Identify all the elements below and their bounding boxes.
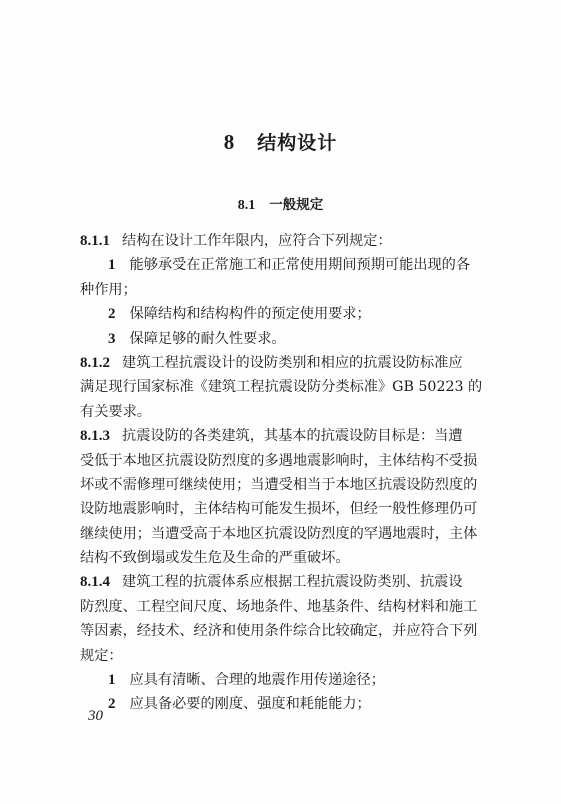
clause-8-1-3: 8.1.3抗震设防的各类建筑，其基本的抗震设防目标是：当遭	[80, 424, 478, 448]
section-number: 8.1	[238, 198, 256, 213]
clause-text-continued: 坏或不需修理可继续使用；当遭受相当于本地区抗震设防烈度的	[80, 473, 478, 497]
clause-text: 结构在设计工作年限内，应符合下列规定：	[122, 233, 392, 249]
item-text-continued: 种作用；	[80, 278, 478, 302]
chapter-title-text: 结构设计	[257, 132, 337, 154]
section-title: 8.1一般规定	[0, 193, 561, 214]
clause-text-continued: 等因素，经技术、经济和使用条件综合比较确定，并应符合下列	[80, 619, 478, 643]
item-text: 保障足够的耐久性要求。	[130, 331, 286, 347]
clause-text: 建筑工程的抗震体系应根据工程抗震设防类别、抗震设	[122, 574, 463, 590]
clause-8-1-2: 8.1.2建筑工程抗震设计的设防类别和相应的抗震设防标准应	[80, 351, 478, 375]
item-number: 2	[108, 306, 116, 322]
document-page: 8结构设计 8.1一般规定 8.1.1结构在设计工作年限内，应符合下列规定： 1…	[0, 0, 561, 804]
clause-text-continued: 满足现行国家标准《建筑工程抗震设防分类标准》GB 50223 的	[80, 375, 478, 399]
page-number: 30	[88, 708, 103, 725]
clause-text: 建筑工程抗震设计的设防类别和相应的抗震设防标准应	[122, 355, 463, 371]
clause-number: 8.1.2	[80, 355, 110, 371]
clause-text-continued: 规定：	[80, 644, 478, 668]
clause-text-continued: 有关要求。	[80, 400, 478, 424]
item-number: 2	[108, 696, 116, 712]
item-text: 保障结构和结构构件的预定使用要求；	[130, 306, 371, 322]
clause-text-continued: 防烈度、工程空间尺度、场地条件、地基条件、结构材料和施工	[80, 595, 478, 619]
clause-8-1-4: 8.1.4建筑工程的抗震体系应根据工程抗震设防类别、抗震设	[80, 570, 478, 594]
chapter-title: 8结构设计	[0, 128, 561, 155]
item-text: 应具有清晰、合理的地震作用传递途径；	[130, 672, 385, 688]
clause-number: 8.1.3	[80, 428, 110, 444]
clause-number: 8.1.1	[80, 233, 110, 249]
section-title-text: 一般规定	[269, 197, 323, 213]
list-item: 2保障结构和结构构件的预定使用要求；	[80, 302, 478, 326]
body-text: 8.1.1结构在设计工作年限内，应符合下列规定： 1能够承受在正常施工和正常使用…	[80, 229, 478, 717]
clause-text-continued: 受低于本地区抗震设防烈度的多遇地震影响时，主体结构不受损	[80, 449, 478, 473]
clause-text-continued: 设防地震影响时，主体结构可能发生损坏，但经一般性修理仍可	[80, 497, 478, 521]
item-number: 1	[108, 672, 116, 688]
list-item: 3保障足够的耐久性要求。	[80, 327, 478, 351]
list-item: 2应具备必要的刚度、强度和耗能能力；	[80, 692, 478, 716]
item-number: 1	[108, 257, 116, 273]
list-item: 1能够承受在正常施工和正常使用期间预期可能出现的各	[80, 253, 478, 277]
chapter-number: 8	[224, 130, 236, 154]
list-item: 1应具有清晰、合理的地震作用传递途径；	[80, 668, 478, 692]
item-text: 能够承受在正常施工和正常使用期间预期可能出现的各	[130, 257, 471, 273]
clause-text: 抗震设防的各类建筑，其基本的抗震设防目标是：当遭	[122, 428, 463, 444]
item-text: 应具备必要的刚度、强度和耗能能力；	[130, 696, 371, 712]
clause-number: 8.1.4	[80, 574, 110, 590]
clause-text-continued: 继续使用；当遭受高于本地区抗震设防烈度的罕遇地震时，主体	[80, 522, 478, 546]
clause-text-continued: 结构不致倒塌或发生危及生命的严重破坏。	[80, 546, 478, 570]
clause-8-1-1: 8.1.1结构在设计工作年限内，应符合下列规定：	[80, 229, 478, 253]
item-number: 3	[108, 331, 116, 347]
